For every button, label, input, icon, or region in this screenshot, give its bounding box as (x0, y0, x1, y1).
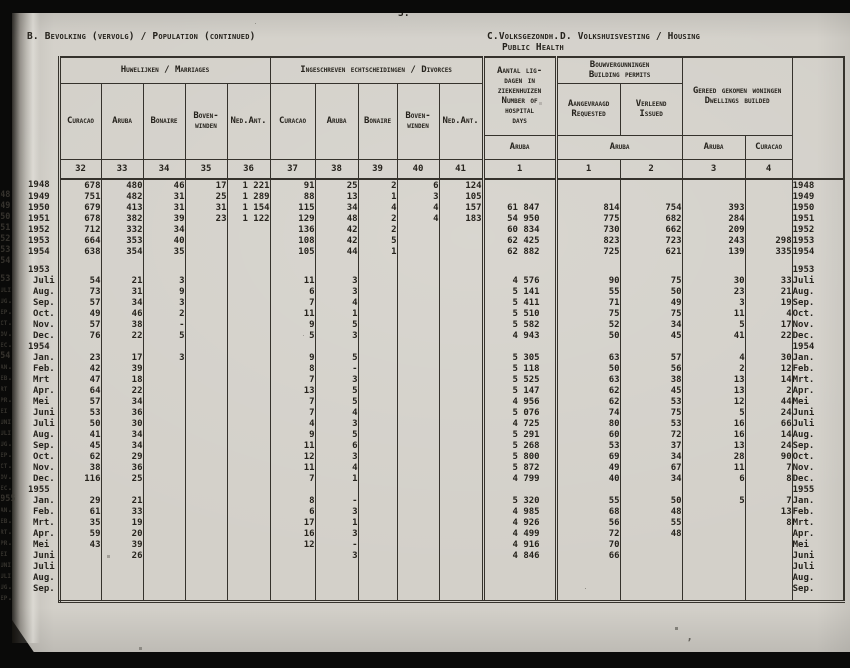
table-bottom-cell (28, 594, 59, 602)
data-cell: - (315, 363, 358, 374)
dwellings-header: Gereed gekomen woningen Dwellings builde… (682, 57, 792, 135)
data-cell (185, 341, 227, 352)
data-cell (620, 341, 682, 352)
row-label-right: Mei (792, 396, 844, 407)
edge-strip-label: Juli (1, 428, 25, 439)
data-cell (185, 473, 227, 484)
data-cell (745, 179, 792, 191)
data-cell (227, 418, 270, 429)
divorces-group-header: Ingeschreven echtscheidingen / Divorces (270, 57, 483, 83)
data-cell: 64 (59, 385, 101, 396)
row-label-right: Dec. (792, 473, 844, 484)
data-cell (682, 517, 745, 528)
data-cell: 24 (745, 440, 792, 451)
data-cell: 712 (59, 224, 101, 235)
data-cell (439, 264, 483, 275)
data-cell (185, 396, 227, 407)
data-cell (745, 561, 792, 572)
col-permits-requested: Aangevraagd Requested (556, 83, 620, 135)
edge-strip-label: 950 (1, 212, 25, 223)
data-cell (556, 341, 620, 352)
data-cell (185, 363, 227, 374)
row-label-left: Dec. (28, 330, 59, 341)
row-label-right: 1948 (792, 179, 844, 191)
data-cell: 7 (270, 396, 315, 407)
data-cell: 72 (620, 429, 682, 440)
data-cell (143, 407, 185, 418)
data-cell (143, 550, 185, 561)
data-cell (143, 429, 185, 440)
row-label-right: Feb. (792, 363, 844, 374)
row-label-left: Sep. (28, 297, 59, 308)
table-row: 194867848046171 2219125261241948 (28, 179, 844, 191)
data-cell: 30 (745, 352, 792, 363)
data-cell (227, 396, 270, 407)
row-label-right: 1951 (792, 213, 844, 224)
data-cell: 50 (620, 286, 682, 297)
data-cell (358, 396, 397, 407)
building-permits-header: Bouwvergunningen Building permits (556, 57, 682, 83)
data-cell: 6 (270, 286, 315, 297)
data-cell (227, 473, 270, 484)
data-cell (185, 517, 227, 528)
data-cell: 41 (59, 429, 101, 440)
table-row: Dec.76225534 94350454122Dec. (28, 330, 844, 341)
data-cell: 3 (315, 550, 358, 561)
data-cell: 55 (620, 517, 682, 528)
data-cell: 136 (270, 224, 315, 235)
col-num: 34 (143, 159, 185, 179)
data-cell: 14 (745, 429, 792, 440)
data-cell (227, 407, 270, 418)
data-cell: 54 (59, 275, 101, 286)
data-cell: 2 (745, 385, 792, 396)
data-cell: 3 (315, 418, 358, 429)
data-cell: 413 (101, 202, 143, 213)
data-cell (227, 257, 270, 264)
row-label-right: Feb. (792, 506, 844, 517)
data-cell: 5 (315, 352, 358, 363)
data-cell: 60 834 (483, 224, 556, 235)
data-cell: 4 (315, 462, 358, 473)
data-cell (620, 257, 682, 264)
table-bottom-cell (227, 594, 270, 602)
data-cell (358, 308, 397, 319)
data-cell: 48 (620, 506, 682, 517)
data-cell (358, 418, 397, 429)
col-num: 1 (483, 159, 556, 179)
data-cell: 40 (556, 473, 620, 484)
data-cell (227, 319, 270, 330)
data-cell (439, 506, 483, 517)
data-cell (439, 275, 483, 286)
row-label-right: 1955 (792, 484, 844, 495)
data-cell: 7 (270, 297, 315, 308)
data-cell: 38 (620, 374, 682, 385)
data-cell: 61 (59, 506, 101, 517)
data-cell: 124 (439, 179, 483, 191)
table-row: Apr.59201634 4997248Apr. (28, 528, 844, 539)
data-cell: 353 (101, 235, 143, 246)
row-label-right: Nov. (792, 462, 844, 473)
data-cell: 50 (620, 495, 682, 506)
data-cell: 4 499 (483, 528, 556, 539)
table-bottom-cell (101, 594, 143, 602)
data-cell (143, 539, 185, 550)
edge-strip-label: Mei (1, 549, 25, 560)
data-cell (397, 396, 439, 407)
row-label-left: 1954 (28, 341, 59, 352)
data-cell (620, 191, 682, 202)
row-label-right: Juni (792, 550, 844, 561)
group-header-row: Huwelijken / Marriages Ingeschreven echt… (28, 57, 844, 83)
data-cell: 19 (745, 297, 792, 308)
data-cell: 13 (315, 191, 358, 202)
data-cell: 34 (101, 429, 143, 440)
data-cell (358, 319, 397, 330)
data-cell (101, 572, 143, 583)
table-bottom-cell (270, 594, 315, 602)
data-cell (397, 539, 439, 550)
data-cell: 76 (59, 330, 101, 341)
edge-strip-label: Feb. (1, 373, 25, 384)
data-cell: 33 (745, 275, 792, 286)
data-cell: 754 (620, 202, 682, 213)
row-label-right: Apr. (792, 528, 844, 539)
data-cell (397, 385, 439, 396)
data-cell (227, 429, 270, 440)
edge-strip-label: 953 (1, 274, 25, 285)
data-cell (59, 572, 101, 583)
table-bottom-cell (682, 594, 745, 602)
data-cell: 13 (682, 440, 745, 451)
data-cell: 11 (682, 308, 745, 319)
data-cell: 39 (101, 539, 143, 550)
data-cell: 5 (682, 319, 745, 330)
data-cell (143, 418, 185, 429)
data-cell (185, 495, 227, 506)
data-cell (59, 550, 101, 561)
data-cell (483, 264, 556, 275)
data-cell (439, 246, 483, 257)
table-row: Juni5336745 0767475524Juni (28, 407, 844, 418)
table-row: JuliJuli (28, 561, 844, 572)
col-marriages-aruba: Aruba (101, 83, 143, 159)
data-cell (397, 473, 439, 484)
edge-strip-label: 949 (1, 201, 25, 212)
table-row: Feb.42398-5 1185056212Feb. (28, 363, 844, 374)
row-label-right: Jan. (792, 352, 844, 363)
data-cell (556, 179, 620, 191)
hospital-region-aruba: Aruba (483, 135, 556, 159)
data-cell (227, 330, 270, 341)
data-cell: 71 (556, 297, 620, 308)
data-cell: 36 (101, 462, 143, 473)
data-cell (439, 341, 483, 352)
col-num: 39 (358, 159, 397, 179)
data-cell: 5 800 (483, 451, 556, 462)
data-cell: 69 (556, 451, 620, 462)
col-num: 41 (439, 159, 483, 179)
data-cell: 90 (745, 451, 792, 462)
table-bottom-cell (397, 594, 439, 602)
row-label-right: 1952 (792, 224, 844, 235)
data-cell (358, 363, 397, 374)
data-cell: 5 268 (483, 440, 556, 451)
table-row: 194975148231251 2898813131051949 (28, 191, 844, 202)
data-cell (397, 418, 439, 429)
data-cell: 21 (101, 495, 143, 506)
data-cell (439, 495, 483, 506)
data-cell (397, 308, 439, 319)
data-cell (315, 583, 358, 594)
data-cell: 3 (315, 286, 358, 297)
data-cell (185, 451, 227, 462)
data-cell: 382 (101, 213, 143, 224)
data-cell (439, 297, 483, 308)
data-cell: 4 846 (483, 550, 556, 561)
data-cell (397, 374, 439, 385)
data-cell: 30 (101, 418, 143, 429)
marriages-group-header: Huwelijken / Marriages (59, 57, 270, 83)
table-body: 194867848046171 221912526124194819497514… (28, 179, 844, 602)
data-cell: 5 147 (483, 385, 556, 396)
hospital-days-header: Aantal lig- dagen in ziekenhuizen Number… (483, 57, 556, 135)
data-cell (483, 583, 556, 594)
data-cell: 34 (315, 202, 358, 213)
data-cell: 751 (59, 191, 101, 202)
data-cell (682, 179, 745, 191)
data-cell: 11 (270, 462, 315, 473)
data-cell: 1 (358, 191, 397, 202)
data-cell (227, 495, 270, 506)
table-row: Sep.Sep. (28, 583, 844, 594)
data-cell: 52 (556, 319, 620, 330)
data-cell: 243 (682, 235, 745, 246)
row-label-right: Aug. (792, 429, 844, 440)
row-label-right: 1953 (792, 264, 844, 275)
data-cell: 14 (745, 374, 792, 385)
data-cell (227, 264, 270, 275)
data-cell (397, 517, 439, 528)
row-label-left: 1953 (28, 235, 59, 246)
data-cell (185, 506, 227, 517)
table-row: Apr.64221355 1476245132Apr. (28, 385, 844, 396)
data-cell: 1 154 (227, 202, 270, 213)
data-cell (682, 561, 745, 572)
row-label-left: 1954 (28, 246, 59, 257)
data-cell: 17 (185, 179, 227, 191)
data-cell: 11 (270, 308, 315, 319)
data-cell (358, 495, 397, 506)
data-cell: 49 (556, 462, 620, 473)
data-cell: 5 076 (483, 407, 556, 418)
data-cell: 3 (143, 275, 185, 286)
data-cell (682, 539, 745, 550)
data-cell: 63 (556, 352, 620, 363)
data-cell: 4 725 (483, 418, 556, 429)
data-cell (185, 550, 227, 561)
data-cell (439, 235, 483, 246)
data-cell (227, 583, 270, 594)
data-cell (143, 341, 185, 352)
data-cell: 638 (59, 246, 101, 257)
edge-strip-label: Mei (1, 406, 25, 417)
data-cell: 63 (556, 374, 620, 385)
data-cell (745, 528, 792, 539)
right-label-column-header (792, 57, 844, 179)
row-label-right: Aug. (792, 572, 844, 583)
data-cell (185, 429, 227, 440)
data-cell: 17 (101, 352, 143, 363)
data-cell (143, 385, 185, 396)
col-permits-issued: Verleend Issued (620, 83, 682, 135)
data-cell (397, 297, 439, 308)
data-cell: 298 (745, 235, 792, 246)
data-cell: 25 (315, 179, 358, 191)
data-cell: 2 (682, 363, 745, 374)
data-cell (556, 561, 620, 572)
data-cell: 480 (101, 179, 143, 191)
data-cell: 129 (270, 213, 315, 224)
permits-region-aruba: Aruba (556, 135, 682, 159)
data-cell: 80 (556, 418, 620, 429)
data-cell (397, 440, 439, 451)
data-cell: 5 (143, 330, 185, 341)
data-cell: 354 (101, 246, 143, 257)
data-cell: 8 (745, 473, 792, 484)
data-cell (439, 330, 483, 341)
dwellings-region-aruba: Aruba (682, 135, 745, 159)
data-cell (745, 341, 792, 352)
data-cell: 2 (358, 179, 397, 191)
data-cell (439, 473, 483, 484)
data-cell (143, 264, 185, 275)
data-cell (397, 319, 439, 330)
data-cell: 13 (682, 385, 745, 396)
data-cell: 28 (682, 451, 745, 462)
data-cell (101, 264, 143, 275)
data-cell: 3 (143, 297, 185, 308)
table-bottom-cell (556, 594, 620, 602)
data-cell: 53 (620, 418, 682, 429)
data-cell: 1 (315, 308, 358, 319)
data-cell (745, 264, 792, 275)
data-cell: 39 (101, 363, 143, 374)
data-cell (185, 246, 227, 257)
data-cell (620, 539, 682, 550)
data-cell: 34 (101, 297, 143, 308)
data-cell (143, 396, 185, 407)
row-label-right: Juli (792, 561, 844, 572)
data-cell (397, 330, 439, 341)
data-cell: 1 (315, 517, 358, 528)
data-cell: 39 (143, 213, 185, 224)
data-cell: 88 (270, 191, 315, 202)
data-cell (620, 561, 682, 572)
data-cell: 44 (315, 246, 358, 257)
data-cell (143, 528, 185, 539)
data-cell: 68 (556, 506, 620, 517)
row-label-left: Jan. (28, 352, 59, 363)
col-num: 35 (185, 159, 227, 179)
data-cell: 482 (101, 191, 143, 202)
data-cell: 49 (620, 297, 682, 308)
data-cell: 38 (101, 319, 143, 330)
row-label-left (28, 257, 59, 264)
data-cell (745, 191, 792, 202)
data-cell: 38 (59, 462, 101, 473)
data-cell (358, 561, 397, 572)
data-cell (315, 264, 358, 275)
data-cell: 62 (556, 396, 620, 407)
data-cell (439, 418, 483, 429)
data-cell: 6 (270, 506, 315, 517)
data-cell: 1 (315, 473, 358, 484)
row-label-left: 1953 (28, 264, 59, 275)
data-cell: 1 289 (227, 191, 270, 202)
data-cell: 2 (143, 308, 185, 319)
data-cell (59, 583, 101, 594)
row-label-left: Oct. (28, 308, 59, 319)
data-cell (397, 484, 439, 495)
data-cell (397, 572, 439, 583)
data-cell (439, 572, 483, 583)
table-bottom-cell (792, 594, 844, 602)
edge-strip-label: 953 (1, 245, 25, 256)
data-cell: 12 (270, 539, 315, 550)
data-cell (101, 341, 143, 352)
table-row: 195067941331311 154115344415761 84781475… (28, 202, 844, 213)
data-cell: 12 (270, 451, 315, 462)
table-row: 19527123323413642260 8347306622091952 (28, 224, 844, 235)
data-cell: 11 (682, 462, 745, 473)
data-cell (101, 484, 143, 495)
data-cell: 1 122 (227, 213, 270, 224)
section-title-health: C.Volksgezondh. (487, 31, 559, 42)
data-cell: 4 943 (483, 330, 556, 341)
data-cell: 45 (620, 385, 682, 396)
data-cell (185, 297, 227, 308)
data-cell: 25 (185, 191, 227, 202)
data-cell (227, 539, 270, 550)
data-cell: 34 (101, 396, 143, 407)
table-row: 19546383543510544162 8827256211393351954 (28, 246, 844, 257)
data-cell: 72 (556, 528, 620, 539)
data-cell (143, 561, 185, 572)
data-cell: 4 (397, 213, 439, 224)
data-cell: 7 (270, 374, 315, 385)
row-label-right: Juli (792, 275, 844, 286)
data-cell: 12 (682, 396, 745, 407)
data-cell (358, 330, 397, 341)
data-cell: 23 (682, 286, 745, 297)
row-label-left: Dec. (28, 473, 59, 484)
data-cell (745, 484, 792, 495)
data-cell: 56 (556, 517, 620, 528)
data-cell (185, 385, 227, 396)
edge-strip-label: 1955 (1, 494, 25, 505)
data-cell (397, 341, 439, 352)
stray-mark: ’ (686, 636, 693, 649)
data-cell (227, 374, 270, 385)
edge-strip-label: Apr. (1, 395, 25, 406)
row-label-right: Apr. (792, 385, 844, 396)
data-cell (483, 179, 556, 191)
data-cell (185, 462, 227, 473)
data-cell (397, 495, 439, 506)
data-cell: 59 (59, 528, 101, 539)
